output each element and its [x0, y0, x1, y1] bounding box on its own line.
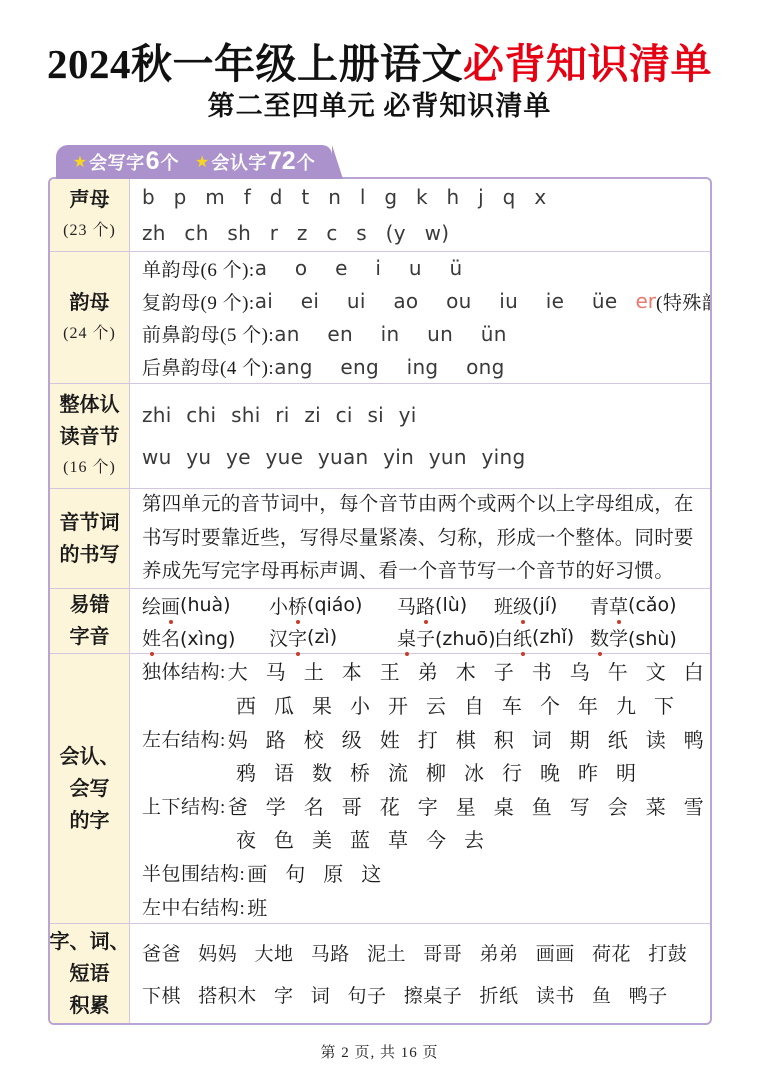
error-prone-word: 数学(shù)	[590, 624, 677, 651]
content-line: 鸦 语 数 桥 流 柳 冰 行 晚 昨 明	[142, 755, 710, 789]
text-segment: 爸爸 妈妈 大地 马路 泥土 哥哥 弟弟 画画 荷花 打鼓	[142, 939, 687, 966]
row-content: 绘画(huà)小桥(qiáo)马路(lù)班级(jí)青草(cǎo)姓名(xìn…	[130, 589, 710, 653]
knowledge-table: 声母(23 个)b p m f d t n l g k h j q xzh ch…	[48, 177, 712, 1025]
text-segment: 左中右结构:	[142, 893, 245, 920]
row-content: zhi chi shi ri zi ci si yiwu yu ye yue y…	[130, 384, 710, 488]
text-segment: 妈 路 校 级 姓 打 棋 积 词 期 纸 读 鸭	[228, 724, 704, 753]
error-prone-word: 小桥(qiáo)	[269, 592, 397, 619]
knowledge-sheet: ★ 会写字 6 个 ★ 会认字 72 个 声母(23 个)b p m f d t…	[48, 145, 712, 1025]
term-pinyin: (cǎo)	[628, 594, 677, 616]
row-header: 字、词、短语积累	[50, 924, 130, 1023]
write-chars-label: 会写字	[89, 149, 145, 175]
text-segment: a o e i u ü	[255, 256, 463, 280]
table-row: 易错字音绘画(huà)小桥(qiáo)马路(lù)班级(jí)青草(cǎo)姓名…	[50, 588, 710, 653]
row-header-label: 积累	[70, 990, 110, 1022]
recognize-chars-count: 72	[267, 149, 297, 174]
recognize-chars-suffix: 个	[297, 149, 316, 175]
paragraph-text: 第四单元的音节词中，每个音节由两个或两个以上字母组成，在书写时要靠近些，写得尽量…	[130, 488, 710, 588]
row-header: 音节词的书写	[50, 489, 130, 588]
emphasized-char: 姓	[142, 624, 161, 651]
content-line: 半包围结构:画 句 原 这	[142, 856, 710, 890]
error-prone-word: 汉字(zì)	[269, 624, 397, 651]
row-header: 声母(23 个)	[50, 179, 130, 251]
row-header-label: 韵母	[70, 287, 110, 319]
text-segment: 单韵母(6 个):	[142, 255, 255, 282]
row-header-label: 音节词	[60, 507, 120, 539]
term-prefix: 马	[397, 592, 416, 619]
content-line: 后鼻韵母(4 个):ang eng ing ong	[142, 350, 710, 383]
error-prone-word: 姓名(xìng)	[142, 624, 269, 651]
emphasized-char: 路	[416, 592, 435, 619]
stats-banner: ★ 会写字 6 个 ★ 会认字 72 个	[56, 145, 332, 179]
row-header-label: 字音	[70, 621, 110, 653]
term-pinyin: 子(zhuō)	[416, 624, 496, 651]
error-prone-word: 桌子(zhuō)	[397, 624, 494, 651]
content-line: zh ch sh r z c s (y w)	[142, 215, 710, 251]
term-prefix: 青	[590, 592, 609, 619]
text-segment: zh ch sh r z c s (y w)	[142, 221, 449, 245]
row-content: b p m f d t n l g k h j q xzh ch sh r z …	[130, 179, 710, 251]
page-title: 2024秋一年级上册语文必背知识清单	[0, 0, 759, 88]
row-header-count: (16 个)	[63, 453, 116, 483]
text-segment: wu yu ye yue yuan yin yun ying	[142, 445, 525, 469]
error-prone-word: 青草(cǎo)	[590, 592, 677, 619]
row-content: 独体结构:大 马 土 本 王 弟 木 子 书 乌 午 文 白西 瓜 果 小 开 …	[130, 654, 710, 923]
content-line: 左中右结构:班	[142, 889, 710, 923]
row-header-label: 易错	[70, 589, 110, 621]
text-segment: b p m f d t n l g k h j q x	[142, 185, 546, 209]
text-segment: 左右结构:	[142, 725, 226, 752]
term-prefix: 白	[494, 624, 513, 651]
table-row: 韵母(24 个)单韵母(6 个):a o e i u ü复韵母(9 个):ai …	[50, 251, 710, 383]
row-header: 整体认读音节(16 个)	[50, 384, 130, 488]
term-pinyin: (zì)	[307, 626, 337, 648]
row-header-count: (23 个)	[63, 216, 116, 246]
text-segment: 上下结构:	[142, 792, 226, 819]
text-segment: 复韵母(9 个):	[142, 288, 255, 315]
table-row: 字、词、短语积累爸爸 妈妈 大地 马路 泥土 哥哥 弟弟 画画 荷花 打鼓下棋 …	[50, 923, 710, 1023]
content-line: 复韵母(9 个):ai ei ui ao ou iu ie üeer(特殊韵母)	[142, 285, 710, 318]
row-header-label: 会写	[70, 773, 110, 805]
term-pinyin: (jí)	[532, 594, 557, 616]
text-segment: 下棋 搭积木 字 词 句子 擦桌子 折纸 读书 鱼 鸭子	[142, 981, 668, 1008]
text-segment: ai ei ui ao ou iu ie üe	[255, 289, 618, 313]
table-row: 声母(23 个)b p m f d t n l g k h j q xzh ch…	[50, 179, 710, 251]
text-segment: ang eng ing ong	[274, 355, 504, 379]
star-icon: ★	[195, 152, 209, 172]
row-header: 易错字音	[50, 589, 130, 653]
text-segment: 爸 学 名 哥 花 字 星 桌 鱼 写 会 菜 雪	[228, 791, 704, 820]
emphasized-char: 字	[288, 624, 307, 651]
page-title-red: 必背知识清单	[463, 41, 712, 87]
content-line: 绘画(huà)小桥(qiáo)马路(lù)班级(jí)青草(cǎo)	[142, 589, 710, 621]
content-line: 独体结构:大 马 土 本 王 弟 木 子 书 乌 午 文 白	[142, 654, 710, 688]
content-line: 西 瓜 果 小 开 云 自 车 个 年 九 下	[142, 688, 710, 722]
content-line: 下棋 搭积木 字 词 句子 擦桌子 折纸 读书 鱼 鸭子	[142, 974, 710, 1016]
row-header: 韵母(24 个)	[50, 252, 130, 383]
write-chars-count: 6	[145, 149, 161, 174]
row-header-label: 的书写	[60, 539, 120, 571]
term-pinyin: 名(xìng)	[161, 624, 235, 651]
special-final-er: er	[635, 289, 656, 313]
row-header-label: 整体认	[60, 389, 120, 421]
content-line: 前鼻韵母(5 个):an en in un ün	[142, 318, 710, 351]
row-header-label: 声母	[70, 184, 110, 216]
error-prone-word: 绘画(huà)	[142, 592, 269, 619]
page-number: 第 2 页, 共 16 页	[0, 1041, 759, 1062]
emphasized-char: 草	[609, 592, 628, 619]
text-segment: 前鼻韵母(5 个):	[142, 320, 274, 347]
row-header-count: (24 个)	[63, 319, 116, 349]
row-content: 第四单元的音节词中，每个音节由两个或两个以上字母组成，在书写时要靠近些，写得尽量…	[130, 489, 710, 588]
text-segment: 画 句 原 这	[247, 858, 381, 887]
row-header-label: 短语	[70, 958, 110, 990]
term-prefix: 绘	[142, 592, 161, 619]
content-line: zhi chi shi ri zi ci si yi	[142, 394, 710, 436]
text-segment: (特殊韵母)	[656, 288, 712, 315]
term-pinyin: 学(shù)	[609, 624, 677, 651]
content-line: 左右结构:妈 路 校 级 姓 打 棋 积 词 期 纸 读 鸭	[142, 721, 710, 755]
page-title-black: 2024秋一年级上册语文	[47, 41, 463, 87]
recognize-chars-stat: ★ 会认字 72 个	[195, 149, 315, 175]
text-segment: 大 马 土 本 王 弟 木 子 书 乌 午 文 白	[228, 656, 704, 685]
emphasized-char: 桥	[288, 592, 307, 619]
table-row: 整体认读音节(16 个)zhi chi shi ri zi ci si yiwu…	[50, 383, 710, 488]
content-line: 爸爸 妈妈 大地 马路 泥土 哥哥 弟弟 画画 荷花 打鼓	[142, 932, 710, 974]
error-prone-word: 马路(lù)	[397, 592, 494, 619]
write-chars-stat: ★ 会写字 6 个	[73, 149, 179, 175]
row-header: 会认、会写的字	[50, 654, 130, 923]
term-pinyin: (qiáo)	[307, 594, 362, 616]
table-row: 音节词的书写第四单元的音节词中，每个音节由两个或两个以上字母组成，在书写时要靠近…	[50, 488, 710, 588]
text-segment: 独体结构:	[142, 657, 226, 684]
emphasized-char: 级	[513, 592, 532, 619]
emphasized-char: 纸	[513, 624, 532, 651]
emphasized-char: 桌	[397, 624, 416, 651]
content-line: 夜 色 美 蓝 草 今 去	[142, 822, 710, 856]
emphasized-char: 画	[161, 592, 180, 619]
text-segment: 鸦 语 数 桥 流 柳 冰 行 晚 昨 明	[236, 757, 636, 786]
error-prone-word: 班级(jí)	[494, 592, 590, 619]
row-content: 爸爸 妈妈 大地 马路 泥土 哥哥 弟弟 画画 荷花 打鼓下棋 搭积木 字 词 …	[130, 924, 710, 1023]
text-segment: an en in un ün	[274, 322, 506, 346]
text-segment: 班	[247, 892, 267, 921]
text-segment: 夜 色 美 蓝 草 今 去	[236, 824, 484, 853]
error-prone-word: 白纸(zhǐ)	[494, 624, 590, 651]
text-segment: 西 瓜 果 小 开 云 自 车 个 年 九 下	[236, 690, 674, 719]
content-line: 上下结构:爸 学 名 哥 花 字 星 桌 鱼 写 会 菜 雪	[142, 789, 710, 823]
term-prefix: 小	[269, 592, 288, 619]
term-pinyin: (huà)	[180, 594, 231, 616]
table-row: 会认、会写的字独体结构:大 马 土 本 王 弟 木 子 书 乌 午 文 白西 瓜…	[50, 653, 710, 923]
content-line: 姓名(xìng)汉字(zì)桌子(zhuō)白纸(zhǐ)数学(shù)	[142, 621, 710, 653]
row-content: 单韵母(6 个):a o e i u ü复韵母(9 个):ai ei ui ao…	[130, 252, 710, 383]
page-subtitle: 第二至四单元 必背知识清单	[0, 90, 759, 122]
star-icon: ★	[73, 152, 87, 172]
content-line: wu yu ye yue yuan yin yun ying	[142, 436, 710, 478]
term-pinyin: (lù)	[435, 594, 467, 616]
write-chars-suffix: 个	[161, 149, 180, 175]
term-prefix: 班	[494, 592, 513, 619]
term-prefix: 汉	[269, 624, 288, 651]
row-header-label: 会认、	[60, 741, 120, 773]
emphasized-char: 数	[590, 624, 609, 651]
recognize-chars-label: 会认字	[211, 149, 267, 175]
content-line: 单韵母(6 个):a o e i u ü	[142, 252, 710, 285]
text-segment: 半包围结构:	[142, 859, 245, 886]
text-segment: zhi chi shi ri zi ci si yi	[142, 403, 417, 427]
row-header-label: 读音节	[60, 421, 120, 453]
row-header-label: 字、词、	[50, 926, 130, 958]
term-pinyin: (zhǐ)	[532, 626, 574, 648]
text-segment: 后鼻韵母(4 个):	[142, 353, 274, 380]
row-header-label: 的字	[70, 805, 110, 837]
content-line: b p m f d t n l g k h j q x	[142, 179, 710, 215]
